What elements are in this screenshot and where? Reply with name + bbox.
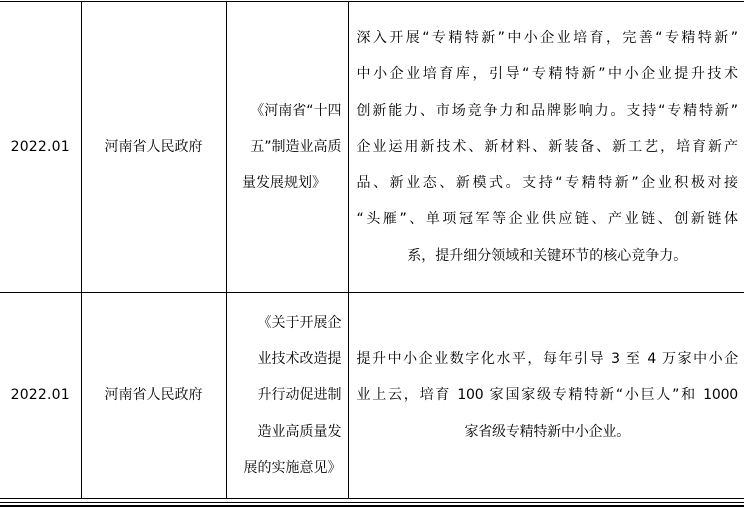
policy-title-line: 《关于开展企 [227, 305, 342, 341]
table-bottom-rule [0, 502, 744, 503]
policy-content-line: 家省级专精特新中小企业。 [357, 414, 739, 450]
table-row: 2022.01 河南省人民政府 《关于开展企 业技术改造提 升行动促进制 造业高… [0, 293, 744, 499]
policy-title-line: 五”制造业高质 [227, 129, 342, 165]
policy-title-cell: 《关于开展企 业技术改造提 升行动促进制 造业高质量发 展的实施意见》 [226, 293, 348, 499]
policy-content-line: “头雁”、单项冠军等企业供应链、产业链、创新链体 [357, 201, 739, 237]
policy-content-line: 企业运用新技术、新材料、新装备、新工艺，培育新产 [357, 129, 739, 165]
policy-content-line: 中小企业培育库，引导“专精特新”中小企业提升技术 [357, 56, 739, 92]
policy-content-line: 系，提升细分领域和关键环节的核心竞争力。 [357, 238, 739, 274]
date-cell: 2022.01 [0, 2, 81, 293]
table-row: 2022.01 河南省人民政府 《河南省“十四 五”制造业高质 量发展规划》 深… [0, 2, 744, 293]
policy-title-line: 升行动促进制 [227, 377, 342, 413]
policy-content-line: 品、新业态、新模式。支持“专精特新”企业积极对接 [357, 165, 739, 201]
policy-title-line: 展的实施意见》 [227, 450, 342, 486]
policy-content-line: 业上云，培育 100 家国家级专精特新“小巨人”和 1000 [357, 377, 739, 413]
issuer-cell: 河南省人民政府 [81, 2, 226, 293]
policy-content-line: 创新能力、市场竞争力和品牌影响力。支持“专精特新” [357, 93, 739, 129]
policy-content-line: 深入开展“专精特新”中小企业培育，完善“专精特新” [357, 20, 739, 56]
policy-title-line: 造业高质量发 [227, 414, 342, 450]
issuer-cell: 河南省人民政府 [81, 293, 226, 499]
date-cell: 2022.01 [0, 293, 81, 499]
policy-table: 2022.01 河南省人民政府 《河南省“十四 五”制造业高质 量发展规划》 深… [0, 1, 744, 499]
policy-title-line: 《河南省“十四 [227, 93, 342, 129]
policy-title-cell: 《河南省“十四 五”制造业高质 量发展规划》 [226, 2, 348, 293]
policy-content-cell: 提升中小企业数字化水平，每年引导 3 至 4 万家中小企 业上云，培育 100 … [348, 293, 744, 499]
policy-title-line: 业技术改造提 [227, 341, 342, 377]
policy-title-line: 量发展规划》 [227, 165, 342, 201]
policy-content-cell: 深入开展“专精特新”中小企业培育，完善“专精特新” 中小企业培育库，引导“专精特… [348, 2, 744, 293]
policy-content-line: 提升中小企业数字化水平，每年引导 3 至 4 万家中小企 [357, 341, 739, 377]
